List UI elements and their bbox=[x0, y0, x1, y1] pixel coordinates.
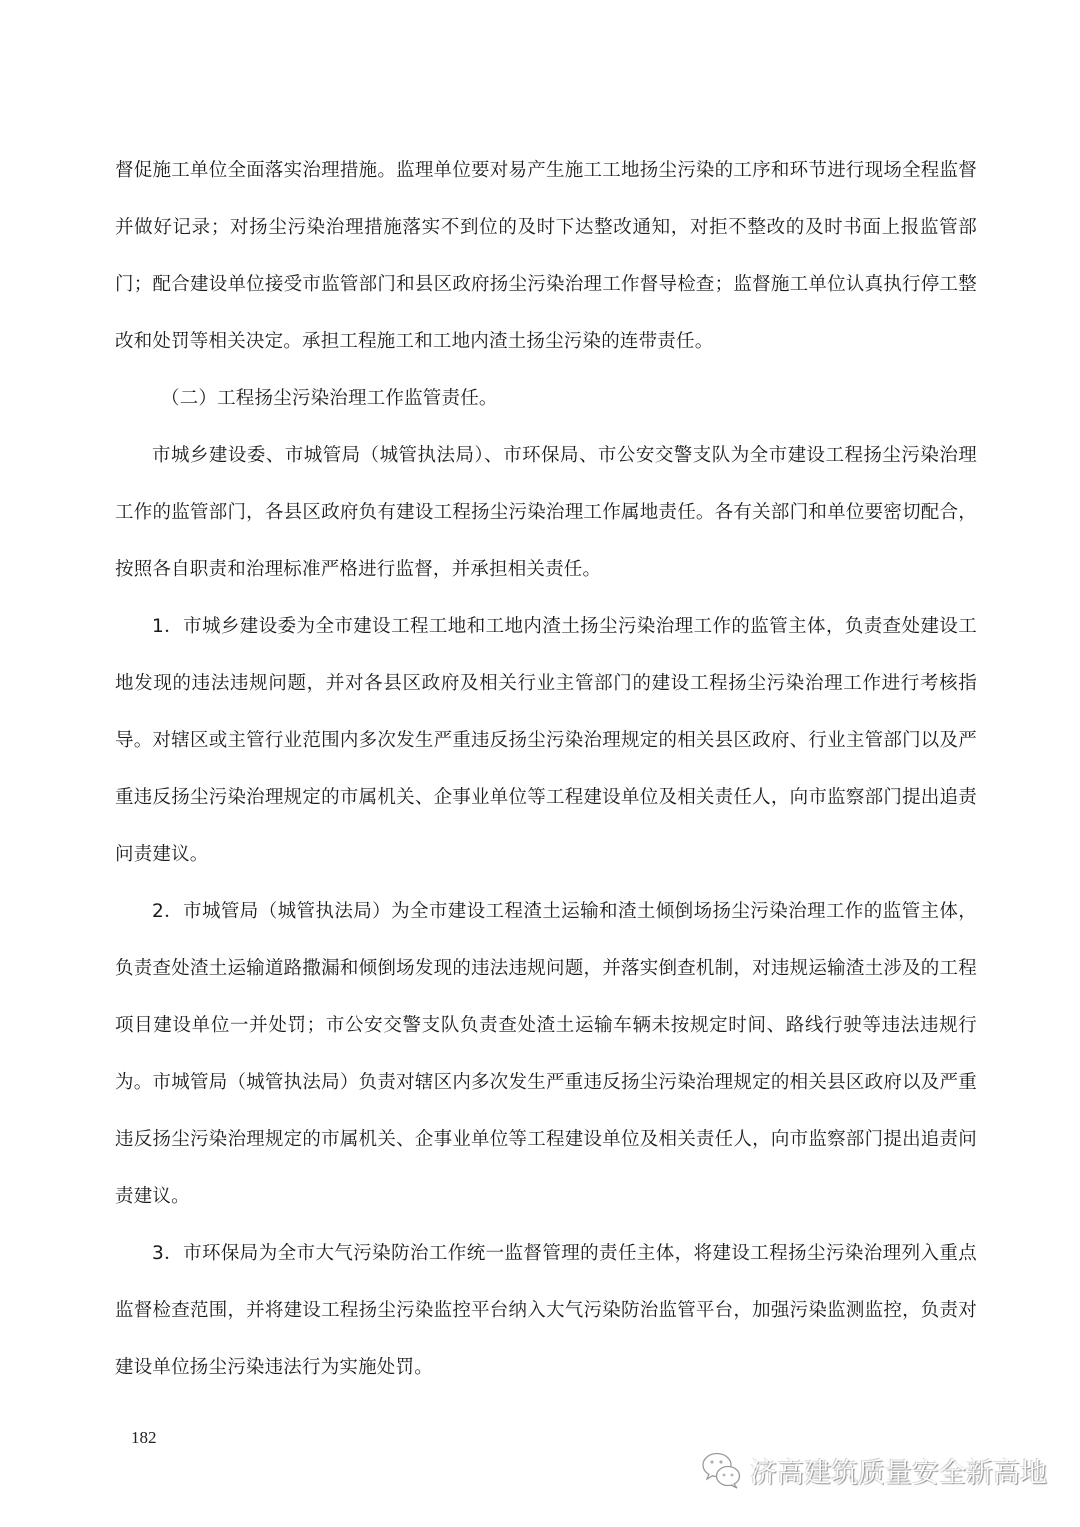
section-heading: （二）工程扬尘污染治理工作监管责任。 bbox=[115, 370, 977, 427]
watermark-text: 济高建筑质量安全新高地 bbox=[750, 1451, 1047, 1490]
paragraph-continuation: 督促施工单位全面落实治理措施。监理单位要对易产生施工工地扬尘污染的工序和环节进行… bbox=[115, 142, 977, 370]
watermark: 济高建筑质量安全新高地 bbox=[700, 1448, 1047, 1492]
paragraph-intro: 市城乡建设委、市城管局（城管执法局）、市环保局、市公安交警支队为全市建设工程扬尘… bbox=[115, 427, 977, 598]
page-number: 182 bbox=[131, 1428, 157, 1448]
paragraph-item-3: 3．市环保局为全市大气污染防治工作统一监督管理的责任主体，将建设工程扬尘污染治理… bbox=[115, 1225, 977, 1396]
document-body: 督促施工单位全面落实治理措施。监理单位要对易产生施工工地扬尘污染的工序和环节进行… bbox=[115, 142, 977, 1396]
paragraph-item-2: 2．市城管局（城管执法局）为全市建设工程渣土运输和渣土倾倒场扬尘污染治理工作的监… bbox=[115, 883, 977, 1225]
paragraph-item-1: 1．市城乡建设委为全市建设工程工地和工地内渣土扬尘污染治理工作的监管主体，负责查… bbox=[115, 598, 977, 883]
wechat-icon bbox=[700, 1448, 744, 1492]
document-page: 督促施工单位全面落实治理措施。监理单位要对易产生施工工地扬尘污染的工序和环节进行… bbox=[0, 0, 1080, 1527]
